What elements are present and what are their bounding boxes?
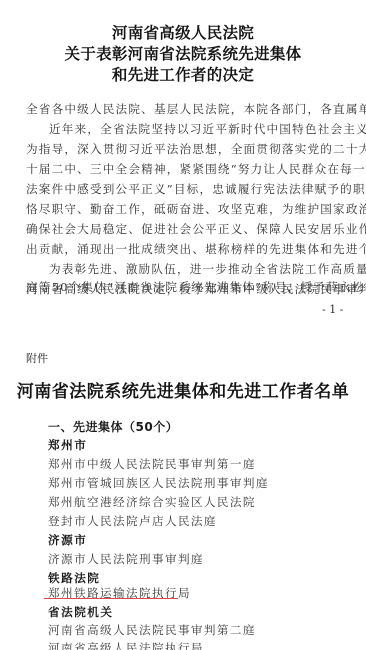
list-item: 河南省高级人民法院民事审判第二庭: [48, 622, 256, 638]
body-line: 为指导，深入贯彻习近平法治思想，全面贯彻落实党的二十大和二: [26, 141, 346, 157]
list-item: 登封市人民法院卢店人民法庭: [48, 513, 217, 529]
list-item: 郑州市中级人民法院民事审判第一庭: [48, 456, 256, 472]
title-line-2: 关于表彰河南省法院系统先进集体: [0, 42, 366, 64]
salutation: 全省各中级人民法院、基层人民法院，本院各部门，各直属单位：: [26, 101, 346, 117]
body-line: 十届二中、三中全会精神，紧紧围绕“努力让人民群众在每一个司: [26, 161, 346, 177]
body-line: 庭等50个集体“河南省法院系统先进集体”称号，授予薛永松等150: [26, 279, 346, 295]
list-item: 济源市人民法院刑事审判庭: [48, 551, 204, 567]
attachment-title: 河南省法院系统先进集体和先进工作者名单: [0, 377, 366, 402]
body-line: 法案件中感受到公平正义”目标，忠诚履行宪法法律赋予的职责，: [26, 181, 346, 197]
section-heading: 一、先进集体（50个）: [48, 418, 178, 435]
body-line: 为表彰先进、激励队伍，进一步推动全省法院工作高质量发展，: [49, 261, 366, 277]
red-underline-highlight: [44, 598, 178, 599]
attachment-label: 附件: [26, 350, 48, 366]
group-heading-provincial: 省法院机关: [48, 604, 113, 620]
group-heading-jiyuan: 济源市: [48, 532, 87, 548]
list-item: 河南省高级人民法院执行局: [48, 640, 204, 650]
title-line-1: 河南省高级人民法院: [0, 21, 366, 43]
group-heading-zhengzhou: 郑州市: [48, 437, 87, 453]
body-line: 近年来，全省法院坚持以习近平新时代中国特色社会主义思想: [49, 121, 366, 137]
page-number: - 1 -: [322, 303, 343, 316]
body-line: 确保社会大局稳定、促进社会公平正义、保障人民安居乐业作出突: [26, 221, 346, 237]
title-line-3: 和先进工作者的决定: [0, 63, 366, 85]
group-heading-railway: 铁路法院: [48, 570, 100, 586]
body-line: 恪尽职守、勤奋工作，砥砺奋进、攻坚克难，为维护国家政治安全、: [26, 201, 346, 217]
list-item: 郑州航空港经济综合实验区人民法院: [48, 494, 256, 510]
list-item: 郑州市管城回族区人民法院刑事审判庭: [48, 475, 269, 491]
body-line: 出贡献，涌现出一批成绩突出、堪称榜样的先进集体和先进个人。: [26, 241, 346, 257]
